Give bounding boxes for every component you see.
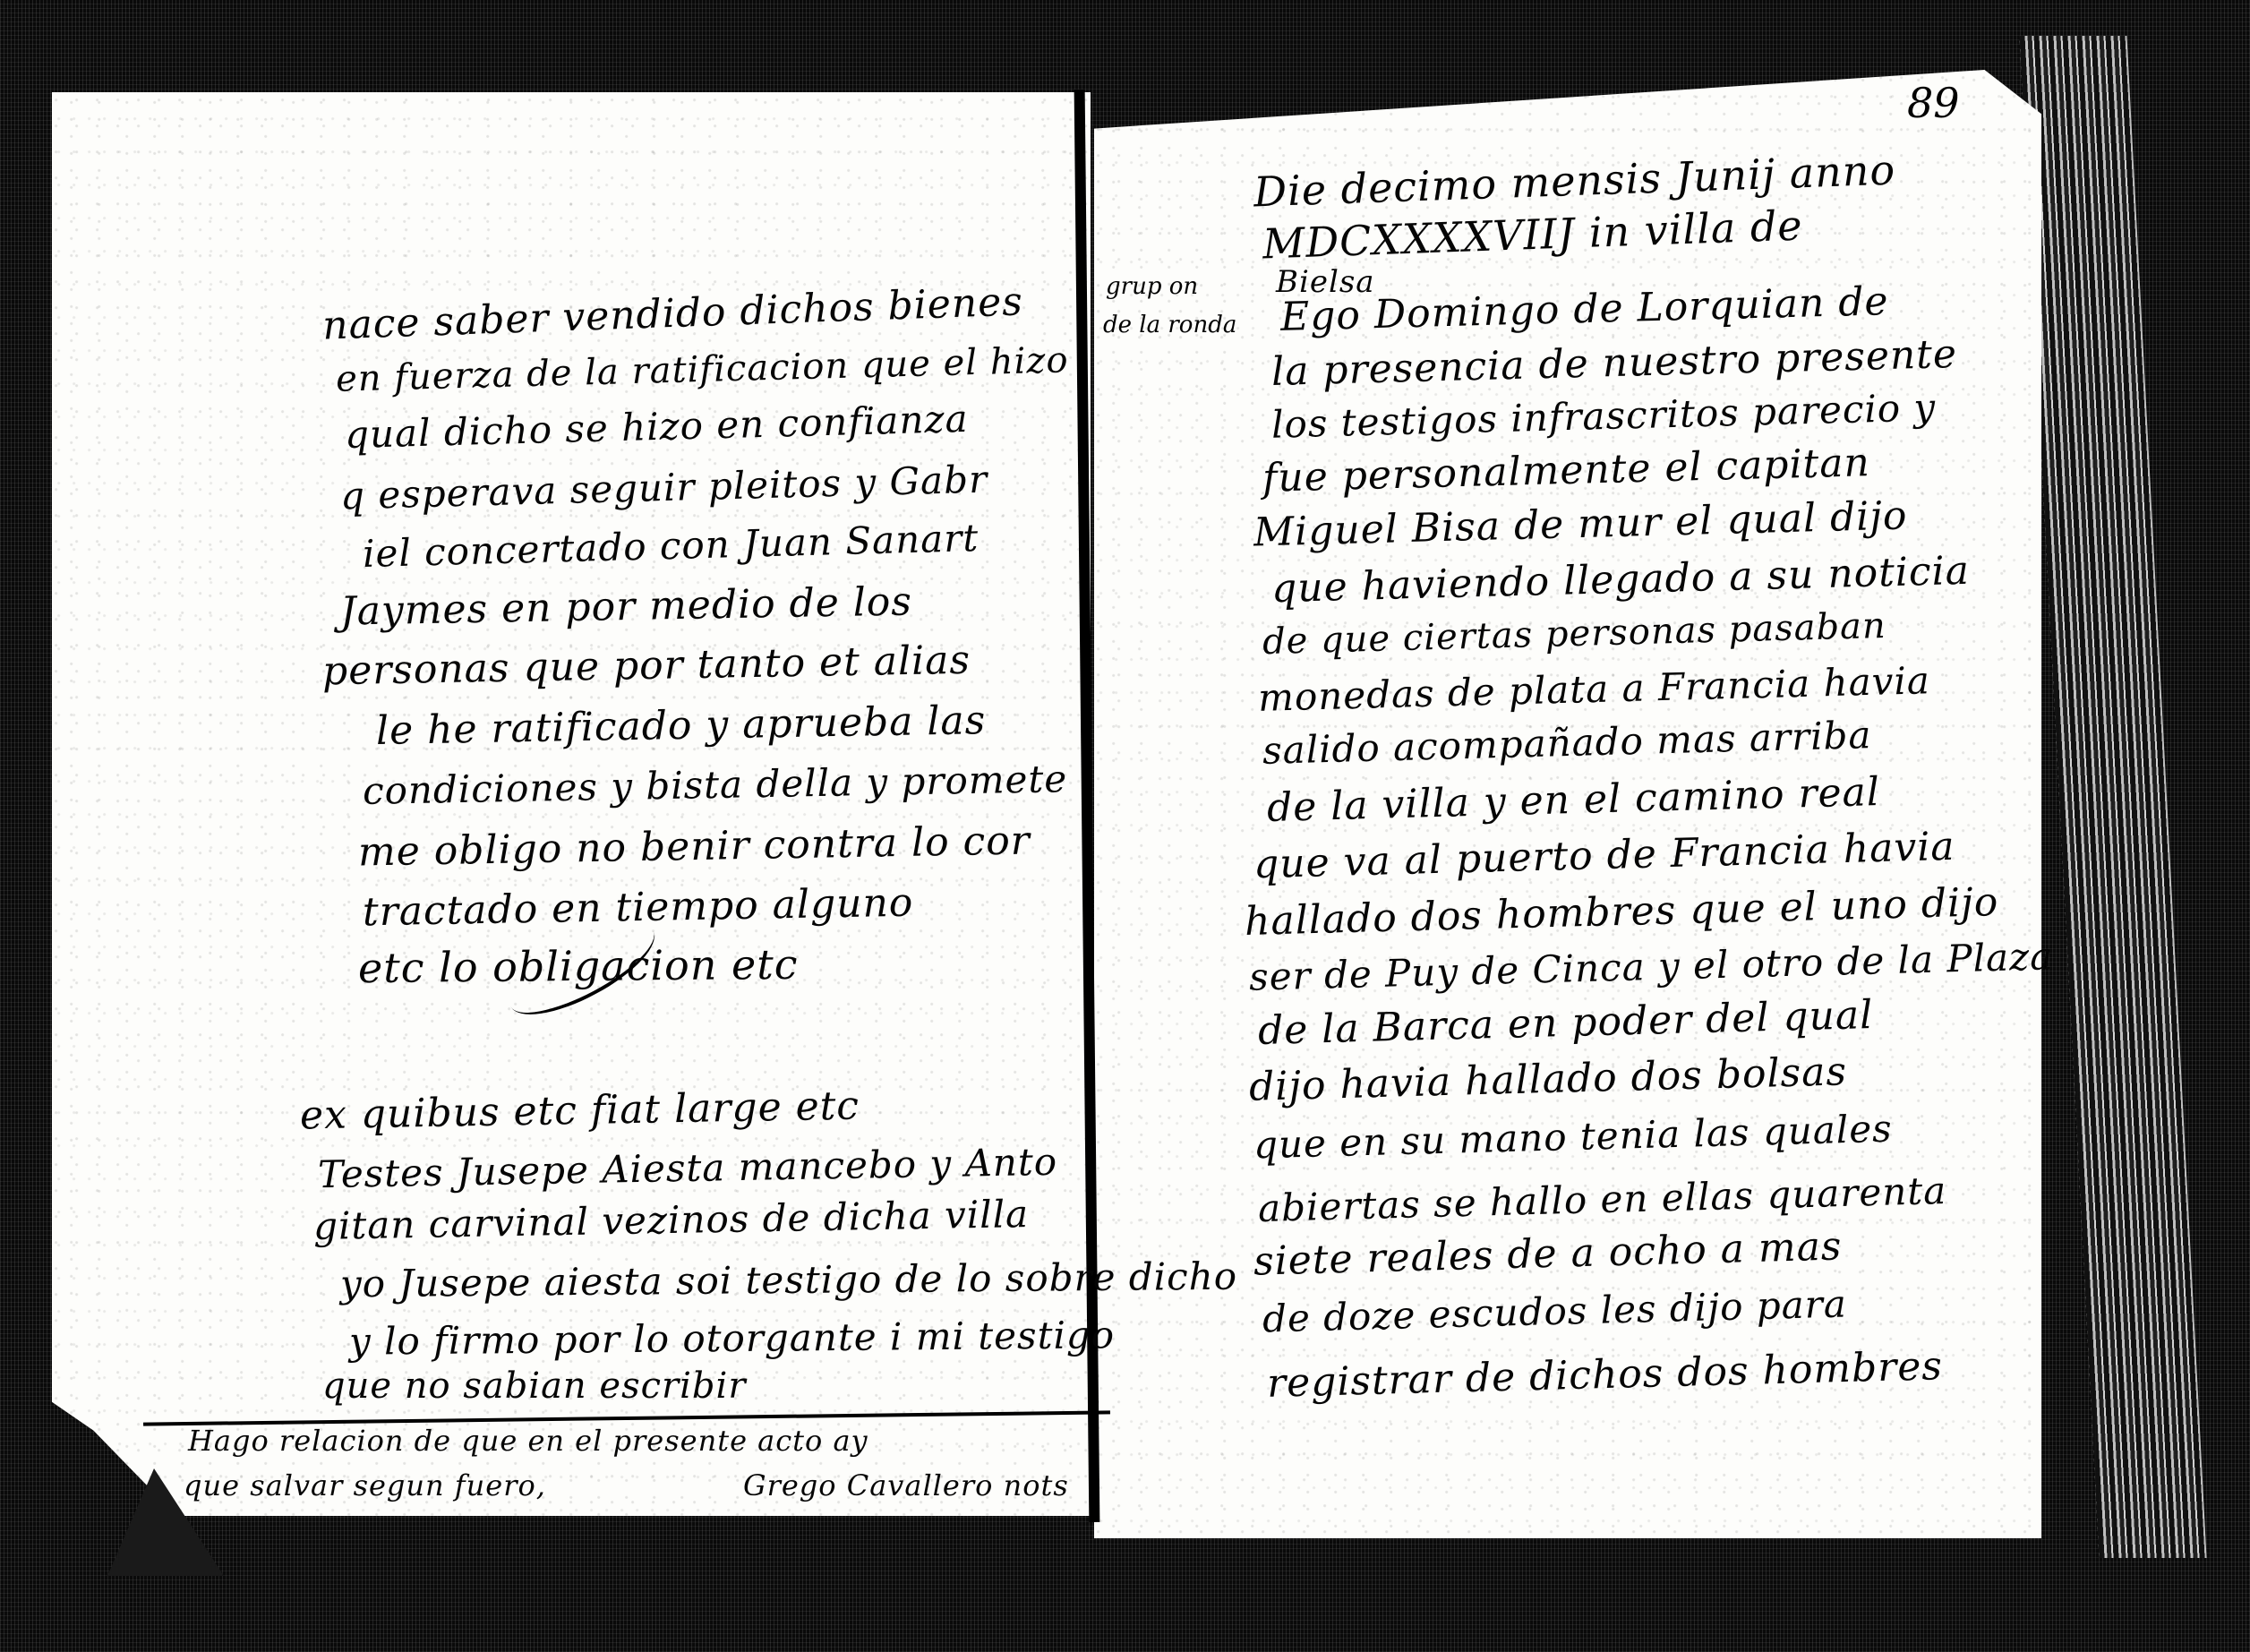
notary-signature: Grego Cavallero nots [743,1468,1069,1502]
text-line: y lo firmo por lo otorgante i mi testigo [349,1313,1115,1363]
text-line: que no sabian escribir [322,1365,746,1407]
folio-number: 89 [1907,79,1960,127]
text-line: yo Jusepe aiesta soi testigo de lo sobre… [340,1254,1237,1306]
book-fore-edge [2019,36,2206,1558]
footer-line: Hago relacion de que en el presente acto… [188,1424,868,1458]
margin-note: de la ronda [1103,312,1236,338]
margin-note: grup on [1106,273,1198,300]
footer-line: que salvar segun fuero, [184,1468,546,1502]
text-line: ex quibus etc fiat large etc [300,1083,860,1139]
